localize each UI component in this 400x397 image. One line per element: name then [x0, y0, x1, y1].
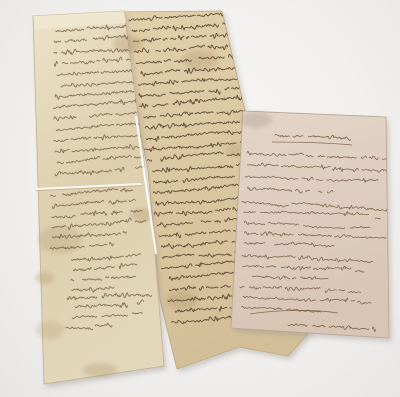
card-corner-smudge [240, 112, 272, 128]
paper-stain [38, 226, 82, 254]
paper-stain [83, 363, 117, 377]
antique-documents-photo [0, 0, 400, 397]
paper-stain [35, 272, 55, 284]
card-paper [231, 111, 389, 338]
paper-stain [36, 321, 64, 339]
photo-canvas [0, 0, 400, 397]
poem-card [231, 111, 392, 342]
